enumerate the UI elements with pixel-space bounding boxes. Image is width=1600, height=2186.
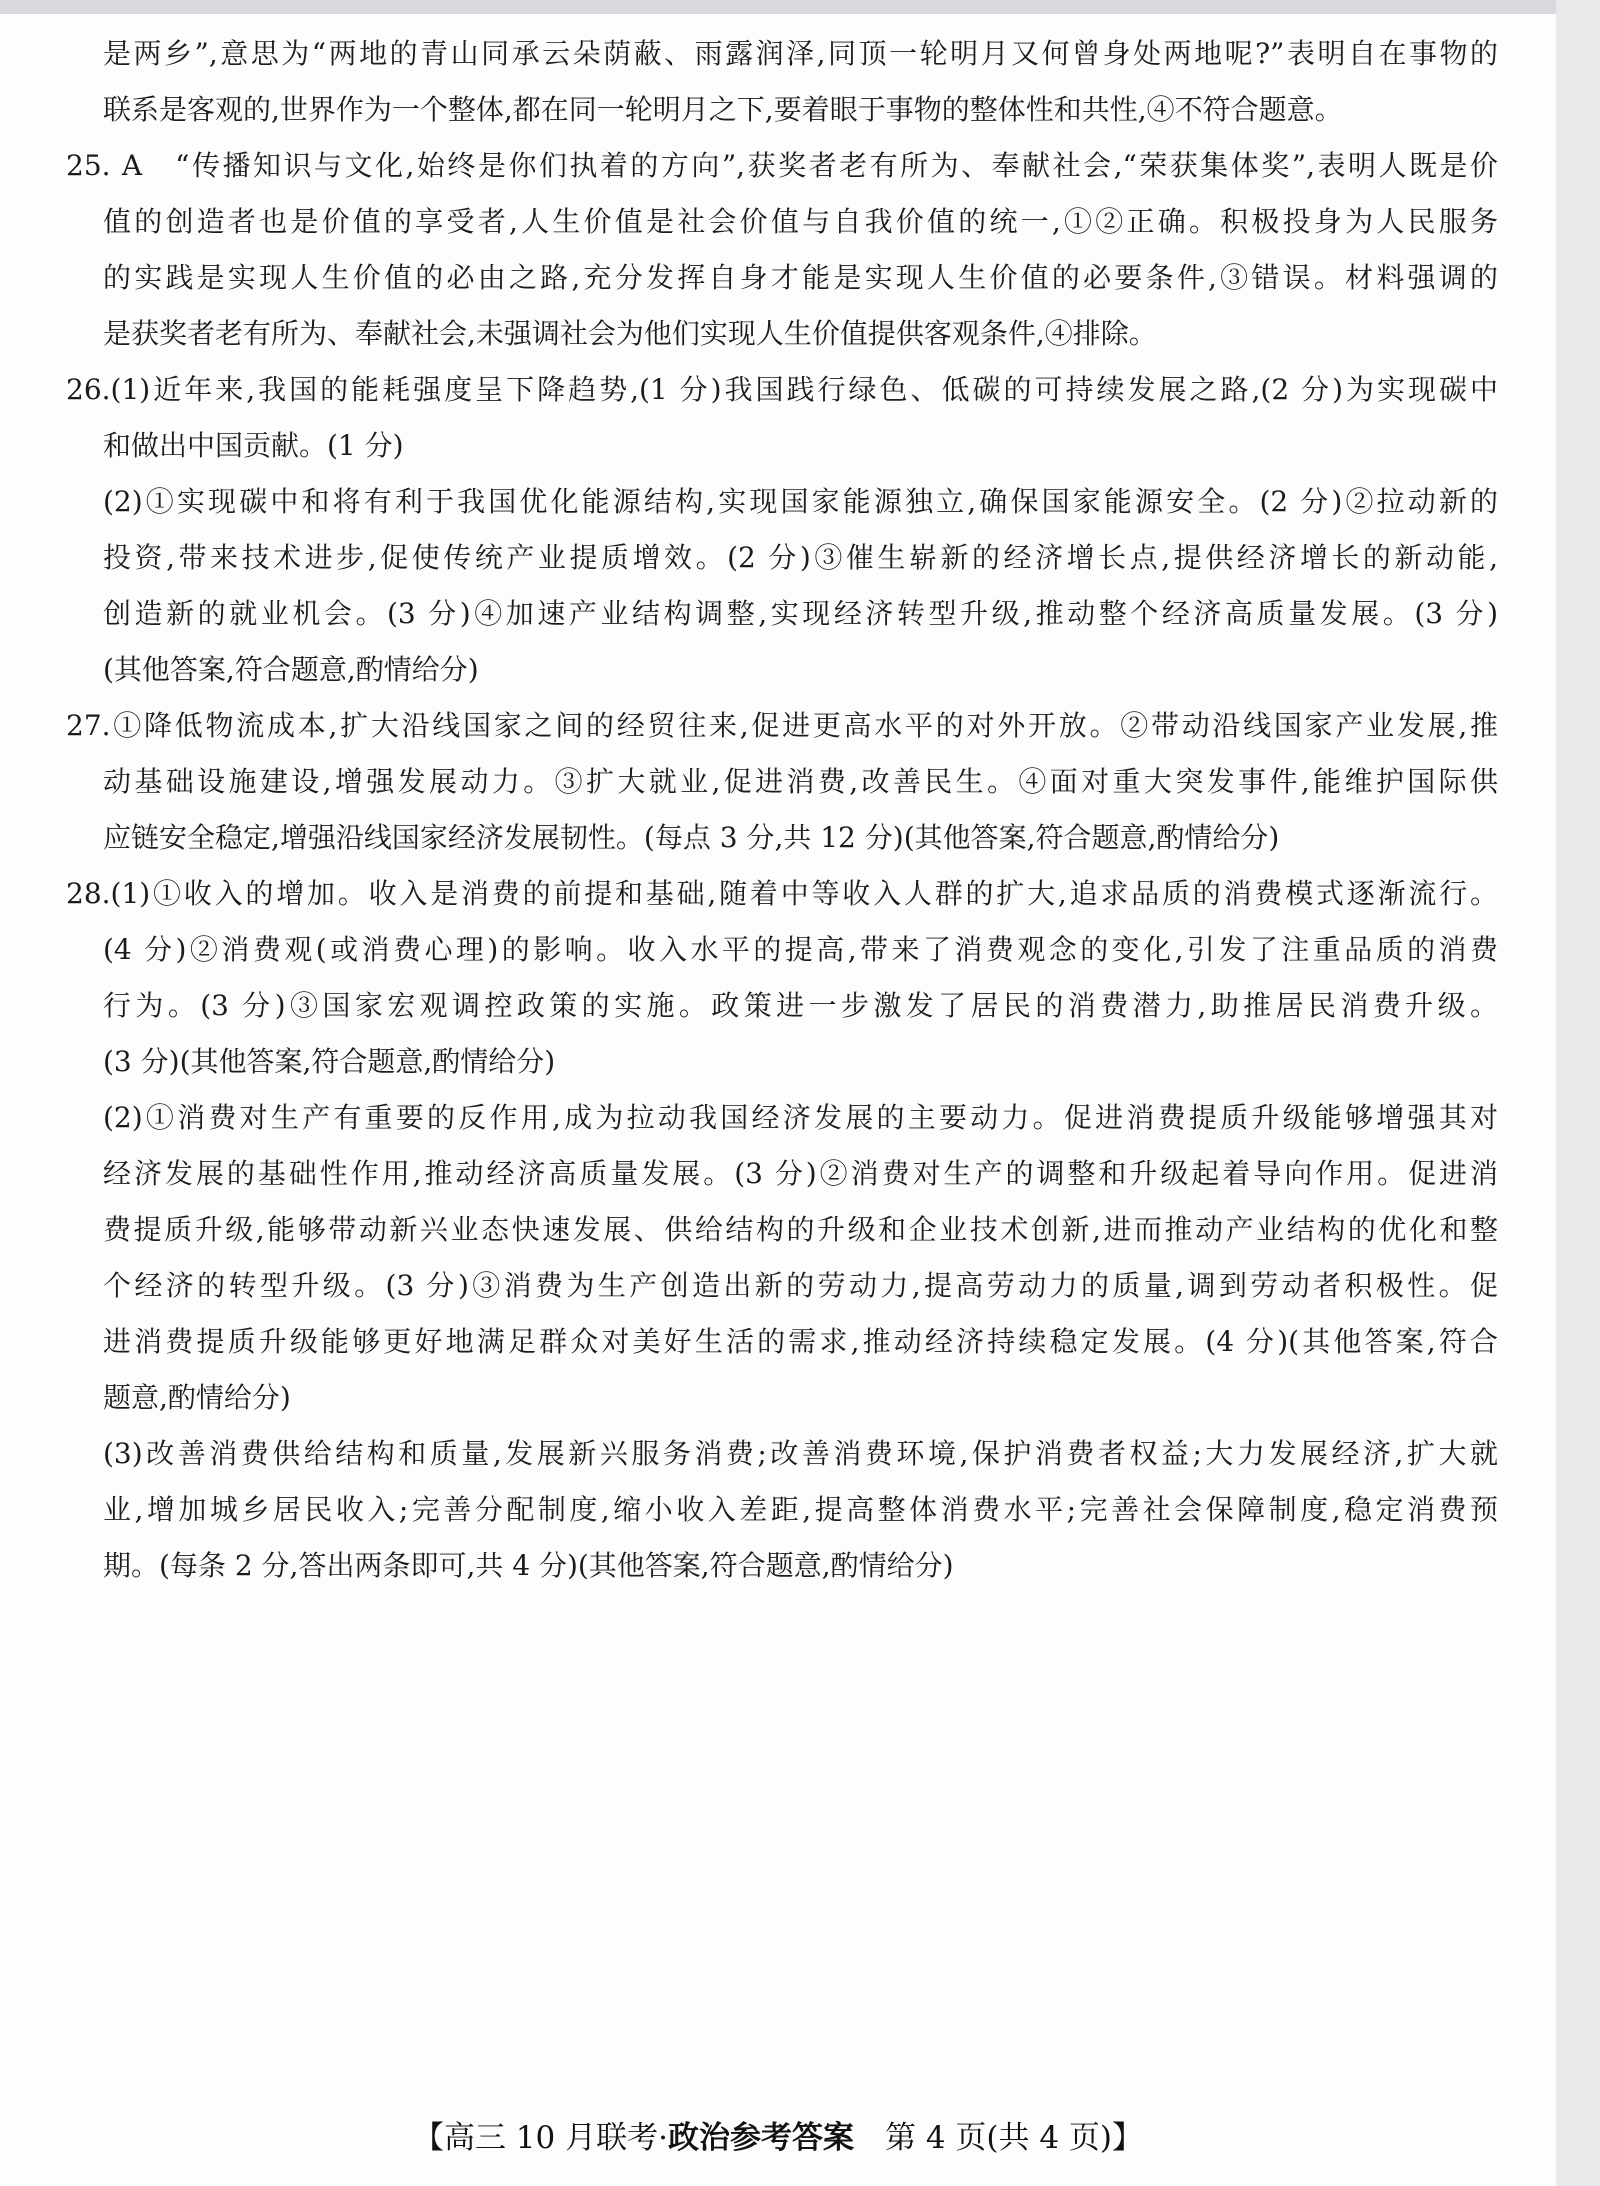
answer-text-line: 是两乡”,意思为“两地的青山同承云朵荫蔽、雨露润泽,同顶一轮明月又何曾身处两地呢…: [103, 26, 1498, 82]
answer-text-line: (4 分)②消费观(或消费心理)的影响。收入水平的提高,带来了消费观念的变化,引…: [103, 922, 1498, 978]
answer-text-line: 联系是客观的,世界作为一个整体,都在同一轮明月之下,要着眼于事物的整体性和共性,…: [103, 82, 1498, 138]
answer-text-line: 个经济的转型升级。(3 分)③消费为生产创造出新的劳动力,提高劳动力的质量,调到…: [103, 1258, 1498, 1314]
answer-text-line: (2)①实现碳中和将有利于我国优化能源结构,实现国家能源独立,确保国家能源安全。…: [103, 474, 1498, 530]
answer-text-line: 27.①降低物流成本,扩大沿线国家之间的经贸往来,促进更高水平的对外开放。②带动…: [66, 698, 1498, 754]
answer-text-line: 题意,酌情给分): [103, 1370, 1498, 1426]
answer-text-line: 25. A “传播知识与文化,始终是你们执着的方向”,获奖者老有所为、奉献社会,…: [66, 138, 1498, 194]
answer-text-line: 业,增加城乡居民收入;完善分配制度,缩小收入差距,提高整体消费水平;完善社会保障…: [103, 1482, 1498, 1538]
answer-text-line: 值的创造者也是价值的享受者,人生价值是社会价值与自我价值的统一,①②正确。积极投…: [103, 194, 1498, 250]
answer-text-line: 创造新的就业机会。(3 分)④加速产业结构调整,实现经济转型升级,推动整个经济高…: [103, 586, 1498, 642]
answer-text-line: 应链安全稳定,增强沿线国家经济发展韧性。(每点 3 分,共 12 分)(其他答案…: [103, 810, 1498, 866]
answer-text-line: 的实践是实现人生价值的必由之路,充分发挥自身才能是实现人生价值的必要条件,③错误…: [103, 250, 1498, 306]
answer-lines: 是两乡”,意思为“两地的青山同承云朵荫蔽、雨露润泽,同顶一轮明月又何曾身处两地呢…: [0, 26, 1556, 1594]
answer-text-line: 28.(1)①收入的增加。收入是消费的前提和基础,随着中等收入人群的扩大,追求品…: [66, 866, 1498, 922]
answer-text-line: 费提质升级,能够带动新兴业态快速发展、供给结构的升级和企业技术创新,进而推动产业…: [103, 1202, 1498, 1258]
answer-text-line: 26.(1)近年来,我国的能耗强度呈下降趋势,(1 分)我国践行绿色、低碳的可持…: [66, 362, 1498, 418]
page-footer: 【高三 10 月联考·政治参考答案 第 4 页(共 4 页)】: [0, 2120, 1556, 2156]
answer-text-line: 和做出中国贡献。(1 分): [103, 418, 1498, 474]
answer-text-line: 经济发展的基础性作用,推动经济高质量发展。(3 分)②消费对生产的调整和升级起着…: [103, 1146, 1498, 1202]
answer-text-line: 进消费提质升级能够更好地满足群众对美好生活的需求,推动经济持续稳定发展。(4 分…: [103, 1314, 1498, 1370]
answer-text-line: 行为。(3 分)③国家宏观调控政策的实施。政策进一步激发了居民的消费潜力,助推居…: [103, 978, 1498, 1034]
answer-text-line: (2)①消费对生产有重要的反作用,成为拉动我国经济发展的主要动力。促进消费提质升…: [103, 1090, 1498, 1146]
answer-text-line: 投资,带来技术进步,促使传统产业提质增效。(2 分)③催生崭新的经济增长点,提供…: [103, 530, 1498, 586]
answer-text-line: (3 分)(其他答案,符合题意,酌情给分): [103, 1034, 1498, 1090]
scanned-answer-page: 是两乡”,意思为“两地的青山同承云朵荫蔽、雨露润泽,同顶一轮明月又何曾身处两地呢…: [0, 14, 1556, 2186]
answer-text-line: 动基础设施建设,增强发展动力。③扩大就业,促进消费,改善民生。④面对重大突发事件…: [103, 754, 1498, 810]
footer-exam-name: 【高三 10 月联考·: [413, 2120, 668, 2156]
footer-subject-title: 政治参考答案: [668, 2120, 854, 2156]
answer-text-line: (3)改善消费供给结构和质量,发展新兴服务消费;改善消费环境,保护消费者权益;大…: [103, 1426, 1498, 1482]
answer-text-line: 是获奖者老有所为、奉献社会,未强调社会为他们实现人生价值提供客观条件,④排除。: [103, 306, 1498, 362]
answer-text-line: 期。(每条 2 分,答出两条即可,共 4 分)(其他答案,符合题意,酌情给分): [103, 1538, 1498, 1594]
footer-page-number: 第 4 页(共 4 页)】: [854, 2120, 1143, 2156]
answer-text-line: (其他答案,符合题意,酌情给分): [103, 642, 1498, 698]
scan-edge-strip: [1556, 0, 1600, 2186]
